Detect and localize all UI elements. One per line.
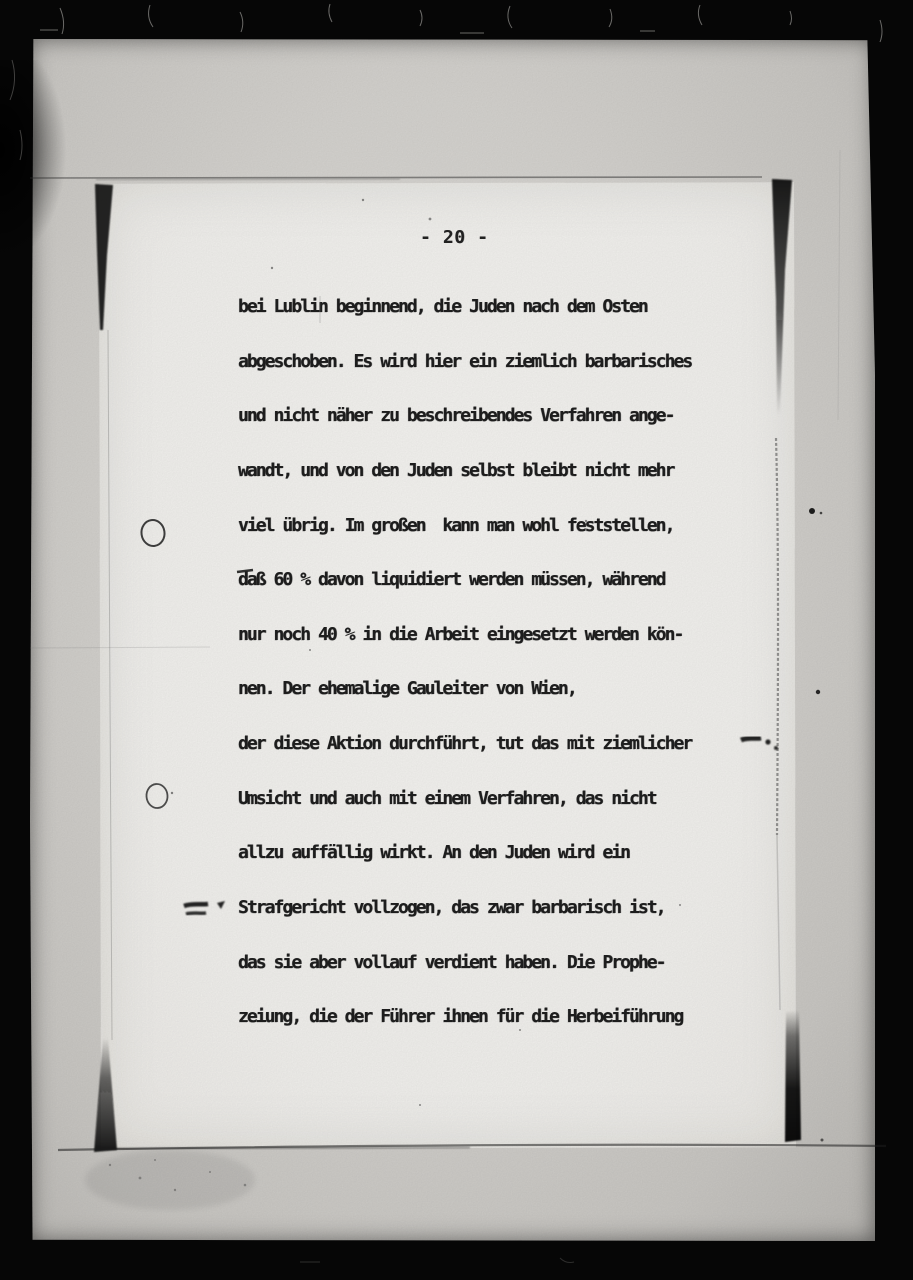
text-line: viel übrig. Im großen kann man wohl fest… bbox=[238, 517, 798, 572]
text-line: allzu auffällig wirkt. An den Juden wird… bbox=[238, 844, 798, 899]
text-line: zeiung, die der Führer ihnen für die Her… bbox=[238, 1008, 798, 1063]
text-line: das sie aber vollauf verdient haben. Die… bbox=[238, 954, 798, 1009]
text-line: wandt, und von den Juden selbst bleibt n… bbox=[238, 462, 798, 517]
text-line: nen. Der ehemalige Gauleiter von Wien, bbox=[238, 680, 798, 735]
microfilm-scan: { "scan": { "page_number_label": "- 20 -… bbox=[0, 0, 913, 1280]
text-line: und nicht näher zu beschreibendes Verfah… bbox=[238, 407, 798, 462]
text-line: Strafgericht vollzogen, das zwar barbari… bbox=[238, 899, 798, 954]
text-line: bei Lublin beginnend, die Juden nach dem… bbox=[238, 298, 798, 353]
page-number: - 20 - bbox=[420, 227, 489, 248]
typed-text-block: bei Lublin beginnend, die Juden nach dem… bbox=[238, 298, 798, 1063]
text-line: der diese Aktion durchführt, tut das mit… bbox=[238, 735, 798, 790]
text-line: Umsicht und auch mit einem Verfahren, da… bbox=[238, 790, 798, 845]
text-line: abgeschoben. Es wird hier ein ziemlich b… bbox=[238, 353, 798, 408]
text-line: daß 60 % davon liquidiert werden müssen,… bbox=[238, 571, 798, 626]
text-line: nur noch 40 % in die Arbeit eingesetzt w… bbox=[238, 626, 798, 681]
